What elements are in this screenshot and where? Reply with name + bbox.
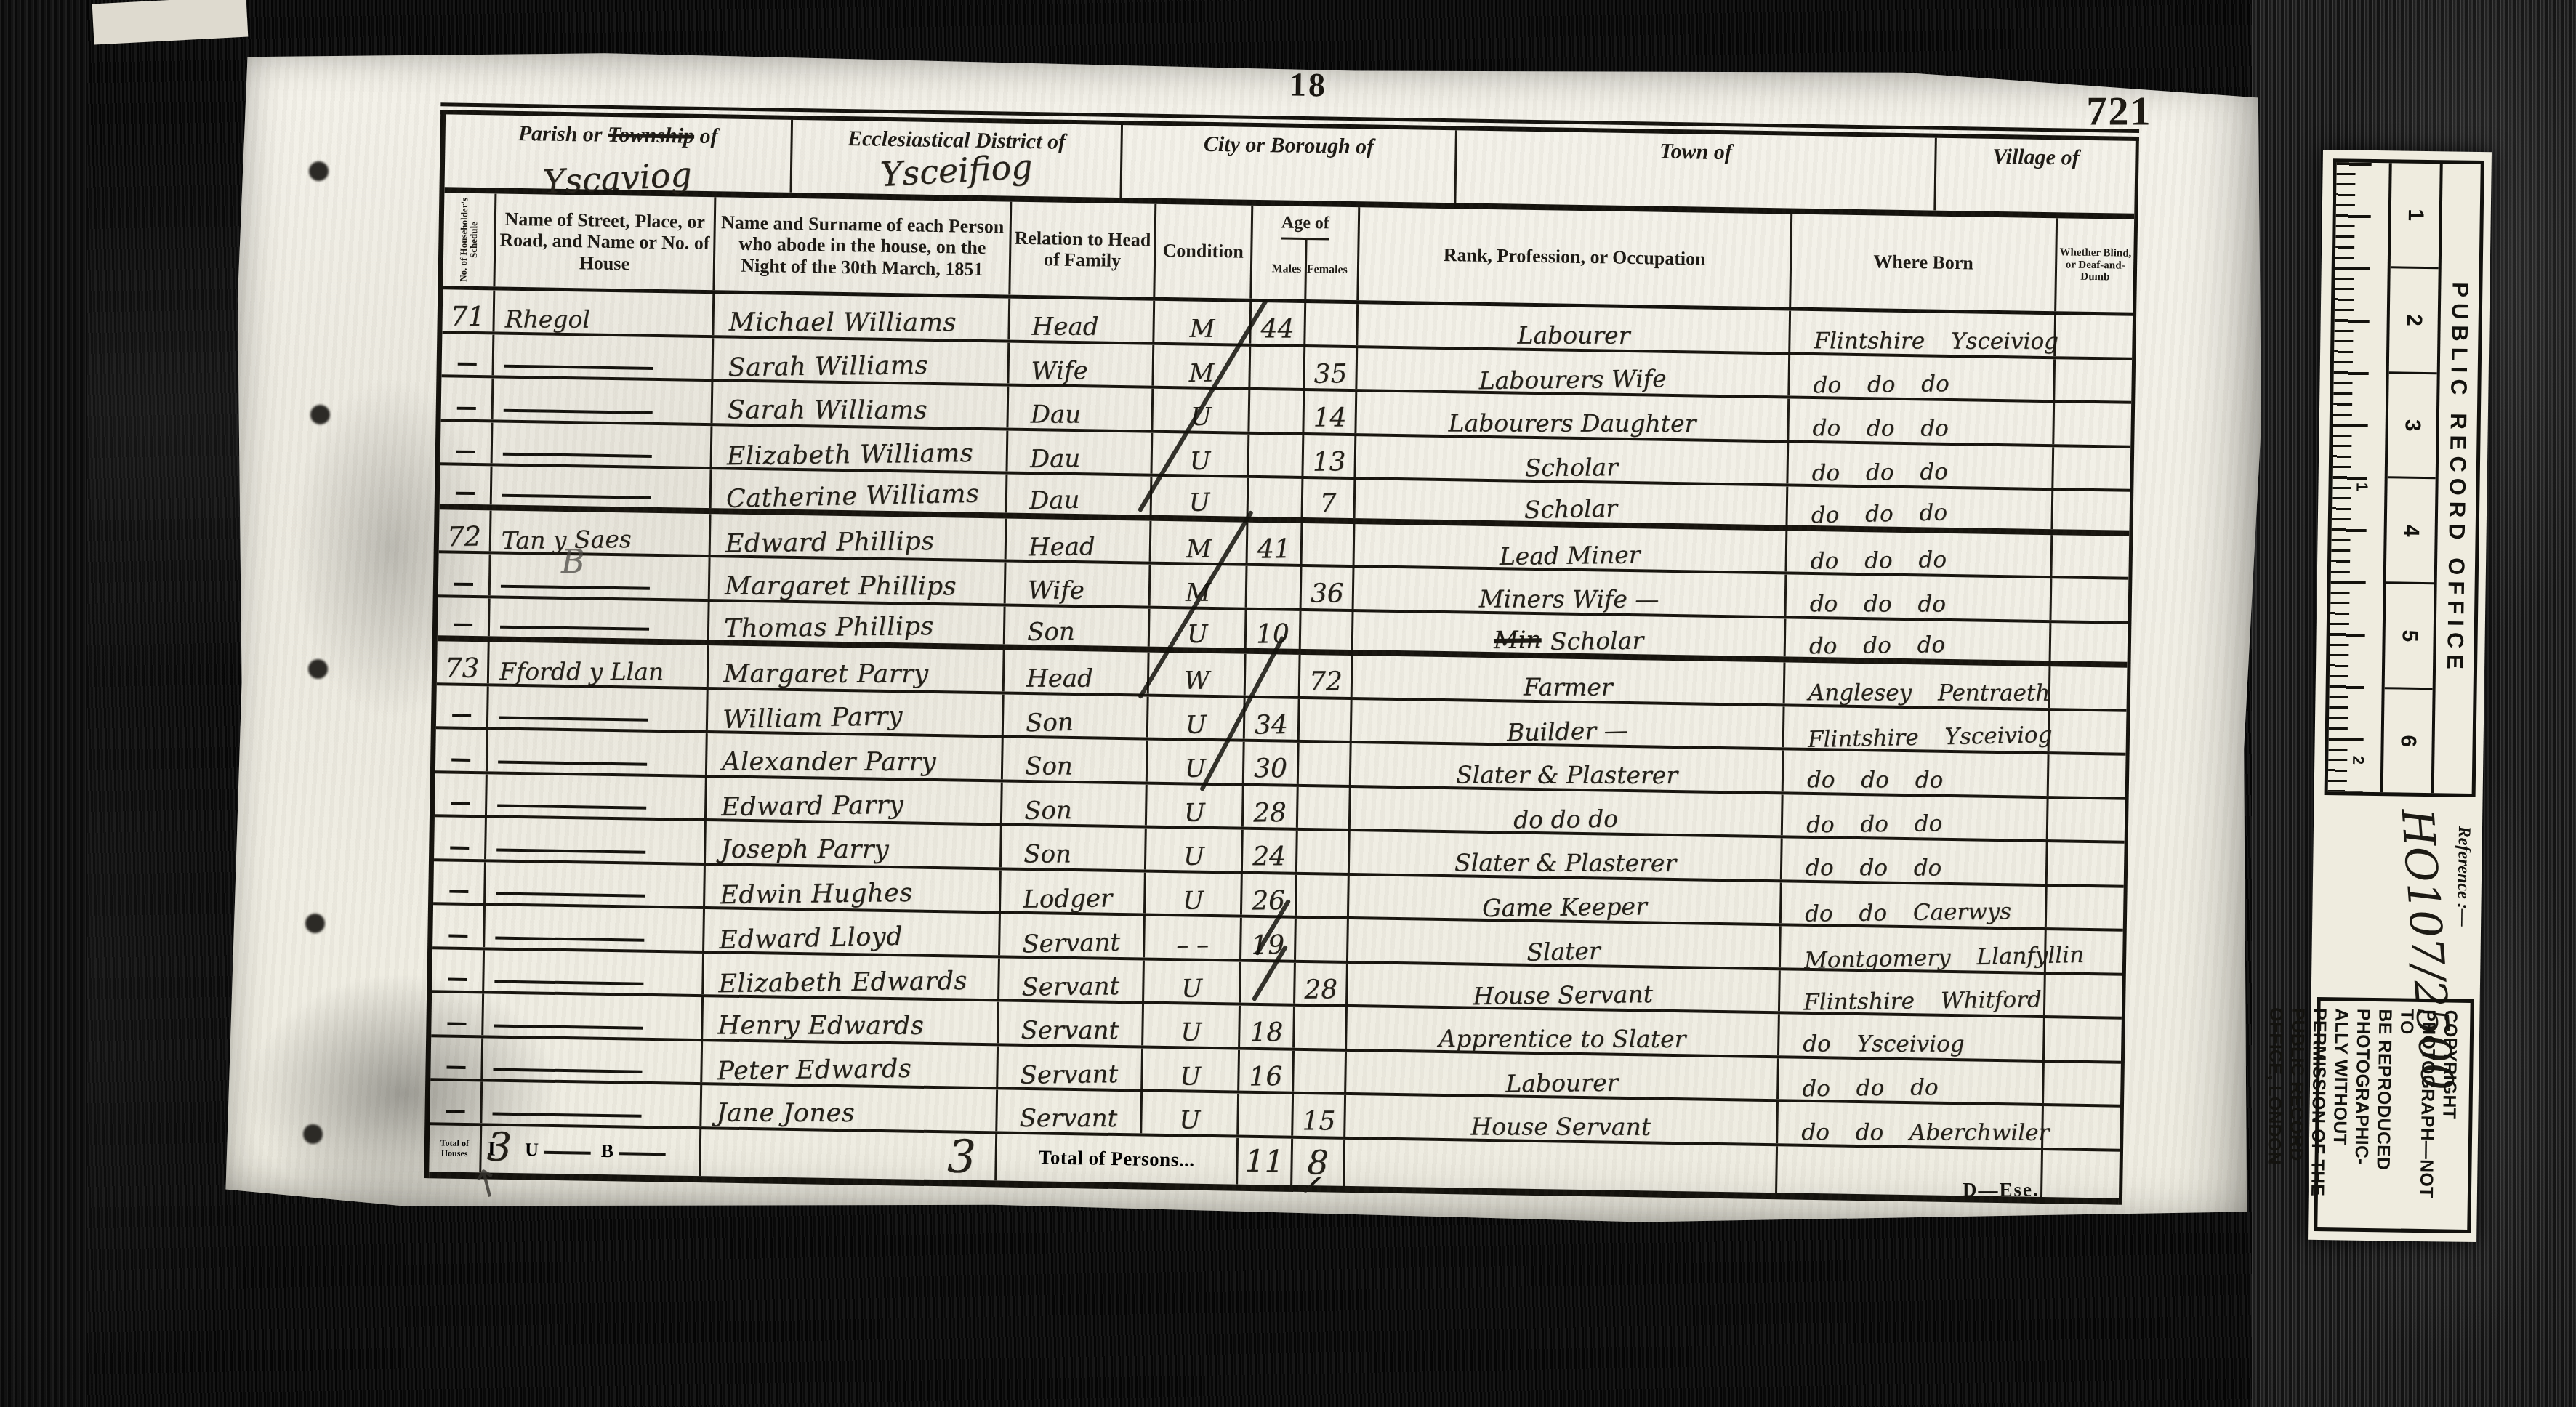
city-borough-cell: City or Borough of [1119, 125, 1455, 203]
where-born-cell: Flintshire Whitford [1778, 970, 2044, 1015]
copyright-line: PUBLIC RECORD OFFICE, LONDON [2262, 1007, 2309, 1220]
person-name-cell: Thomas Phillips [707, 602, 1004, 645]
relation-cell: Son [999, 826, 1145, 869]
occupation-cell: Builder — [1350, 700, 1783, 748]
relation-cell: Dau [1006, 430, 1151, 474]
punch-hole [310, 405, 330, 424]
person-name-cell: Margaret Parry [707, 645, 1003, 691]
condition-cell: U [1140, 1048, 1238, 1091]
town-label: Town of [1457, 136, 1934, 167]
person-name-cell: Edward Lloyd [702, 909, 999, 955]
punch-hole [303, 1124, 323, 1144]
condition-cell: U [1148, 608, 1245, 648]
occupation-cell: Lead Miner [1353, 524, 1786, 572]
occupation-cell: Scholar [1353, 436, 1787, 484]
relation-cell: Son [1001, 738, 1146, 781]
condition-cell: U [1142, 960, 1239, 1003]
parish-value: Yscaviog [542, 158, 693, 199]
pro-ruler: 1 2 [2328, 162, 2389, 792]
building-label: B [601, 1140, 614, 1161]
schedule-cell [438, 553, 489, 595]
census-page: 18 721 Parish or Township of Yscaviog Ec… [222, 43, 2269, 1238]
condition-cell: U [1145, 784, 1242, 827]
age-female-cell [1299, 610, 1352, 650]
houses-totals-cell: I 3 U B [479, 1126, 699, 1176]
occupation-cell: Slater & Plasterer [1348, 831, 1781, 879]
address-cell [483, 906, 703, 950]
schedule-cell [430, 1081, 480, 1123]
punch-hole [309, 161, 329, 181]
relation-cell: Servant [996, 1046, 1141, 1089]
where-born-cell: do do do [1784, 618, 2050, 661]
age-male-cell [1248, 346, 1303, 388]
schedule-cell [441, 377, 492, 419]
person-name-cell: Jane Jones [699, 1085, 996, 1131]
age-female-cell [1292, 1007, 1345, 1049]
check-mark: ✓ [1296, 1166, 1328, 1206]
schedule-cell [436, 685, 487, 727]
person-name-cell: Joseph Parry [704, 821, 1000, 867]
person-name-cell: Elizabeth Edwards [701, 954, 998, 999]
where-born-cell: do do Caerwys [1779, 882, 2045, 927]
census-table: Parish or Township of Yscaviog Ecclesias… [424, 110, 2139, 1204]
schedule-cell [435, 729, 486, 771]
city-borough-label: City or Borough of [1122, 131, 1454, 160]
where-born-cell: do do Aberchwiler [1776, 1102, 2042, 1147]
where-born-cell: do do do [1780, 838, 2046, 883]
punch-hole [305, 914, 325, 933]
page-number: 18 [1289, 68, 1328, 102]
person-name-cell: Sarah Williams [711, 382, 1007, 427]
houses-total-value: 3 [699, 1129, 995, 1180]
relation-cell: Son [1002, 694, 1147, 738]
person-name-cell: Edward Phillips [709, 514, 1005, 560]
copyright-line: COPYRIGHT PHOTOGRAPH—NOT TO [2393, 1009, 2461, 1222]
age-male-cell: 34 [1243, 698, 1298, 740]
age-female-cell: 15 [1291, 1094, 1344, 1137]
blind-cell [2052, 403, 2131, 445]
struck-word: Township [608, 123, 694, 148]
pro-scale-number: 4 [2386, 477, 2436, 583]
col-header-condition: Condition [1153, 204, 1251, 299]
age-female-cell [1294, 919, 1347, 961]
pro-scale-number: 1 [2391, 163, 2440, 267]
condition-cell: M [1152, 301, 1249, 344]
age-female-cell [1297, 743, 1350, 785]
blind-cell [2050, 535, 2129, 577]
age-male-cell: 28 [1241, 786, 1297, 828]
schedule-cell [430, 1037, 481, 1079]
age-female-cell [1295, 874, 1348, 916]
where-born-cell: Anglesey Pentraeth [1783, 662, 2049, 707]
adjacent-page-corner [92, 0, 249, 45]
ecclesiastical-district-cell: Ecclesiastical District of Ysceifiog [790, 120, 1122, 198]
parish-cell: Parish or Township of Yscaviog [445, 114, 792, 192]
age-male-cell: 26 [1240, 874, 1295, 916]
blind-cell [2047, 754, 2126, 797]
address-cell: Tan y Saes [489, 510, 709, 555]
blank-rule [619, 1152, 666, 1156]
blind-cell [2045, 887, 2124, 929]
condition-cell: U [1140, 1092, 1237, 1135]
relation-cell: Head [1007, 299, 1153, 342]
blind-cell [2053, 315, 2133, 357]
relation-cell: Servant [997, 1001, 1142, 1045]
blind-cell [2050, 491, 2130, 530]
address-cell [491, 334, 712, 379]
copyright-line: BE REPRODUCED PHOTOGRAPHIC- [2349, 1009, 2396, 1222]
pro-ruler-box: PUBLIC RECORD OFFICE 123456 1 2 [2325, 158, 2484, 797]
age-female-cell [1303, 303, 1356, 345]
empty-cell [1343, 1139, 1776, 1192]
address-cell [485, 774, 705, 818]
relation-cell: Head [1002, 650, 1148, 693]
col-header-blind: Whether Blind, or Deaf-and-Dumb [2054, 218, 2134, 313]
occupation-cell: Miners Wife — [1352, 568, 1785, 616]
where-born-cell: Flintshire Ysceiviog [1788, 310, 2054, 355]
age-male-cell: 24 [1241, 830, 1296, 872]
age-female-cell: 28 [1293, 962, 1346, 1004]
age-female-cell [1292, 1050, 1345, 1092]
blind-cell [2041, 1106, 2120, 1148]
age-female-cell: 72 [1298, 655, 1351, 697]
microfilm-frame: 18 721 Parish or Township of Yscaviog Ec… [0, 0, 2576, 1407]
condition-cell: U [1150, 477, 1247, 517]
col-header-relation: Relation to Head of Family [1008, 202, 1154, 297]
address-cell: Ffordd y Llan [487, 642, 707, 686]
age-female-cell: 13 [1301, 435, 1354, 477]
where-born-cell: do do do [1787, 355, 2053, 400]
blank-rule [544, 1150, 591, 1154]
schedule-cell: 73 [437, 641, 488, 683]
occupation-cell: MinScholar [1351, 612, 1784, 657]
col-header-occupation: Rank, Profession, or Occupation [1356, 207, 1790, 307]
where-born-cell: do Ysceiviog [1777, 1014, 2043, 1059]
age-female-cell [1296, 786, 1349, 829]
census-rows: 71 Rhegol Michael Williams Head M 44 Lab… [430, 289, 2133, 1151]
pro-scale-numbers: 123456 [2380, 163, 2440, 793]
reference-label: Reference :— [2452, 826, 2474, 927]
town-cell: Town of [1454, 130, 1934, 210]
parish-label: Parish or Township of [445, 120, 790, 149]
copyright-notice: COPYRIGHT PHOTOGRAPH—NOT TOBE REPRODUCED… [2314, 997, 2474, 1233]
age-male-cell [1245, 566, 1300, 608]
address-cell [488, 554, 709, 598]
empty-cell [2040, 1150, 2120, 1198]
age-male-cell: 10 [1244, 610, 1300, 649]
occupation-cell: Labourer [1356, 304, 1789, 352]
person-name-cell: Henry Edwards [701, 997, 997, 1043]
age-male-cell: 18 [1238, 1006, 1293, 1048]
address-cell [486, 686, 707, 730]
blind-cell [2044, 930, 2123, 972]
schedule-cell [438, 597, 488, 637]
females-label: Females [1304, 240, 1348, 300]
blind-cell [2048, 711, 2127, 753]
age-male-cell [1247, 478, 1302, 517]
occupation-cell: House Servant [1343, 1095, 1776, 1143]
schedule-cell [440, 465, 491, 504]
where-born-cell: do do do [1781, 794, 2047, 839]
age-female-cell [1295, 831, 1348, 873]
relation-cell: Servant [998, 914, 1143, 957]
condition-cell: – – [1143, 916, 1240, 959]
occupation-cell: Scholar [1353, 480, 1787, 525]
relation-cell: Servant [995, 1089, 1140, 1133]
person-name-cell: Sarah Williams [711, 338, 1007, 384]
blind-cell [2046, 799, 2125, 841]
where-born-cell: do do do [1785, 486, 2051, 528]
age-male-cell: 44 [1249, 302, 1304, 344]
ecclesiastical-district-value: Ysceifiog [880, 150, 1034, 191]
copyright-line: ALLY WITHOUT PERMISSION OF THE [2306, 1008, 2352, 1221]
schedule-cell [431, 993, 482, 1035]
address-cell: Rhegol [492, 290, 712, 334]
blind-cell [2049, 623, 2128, 662]
blind-cell [2053, 359, 2132, 401]
schedule-cell [432, 949, 483, 991]
inch-mark-2: 2 [2348, 756, 2367, 765]
address-cell [490, 466, 710, 507]
address-cell [480, 1038, 701, 1082]
age-male-cell: 16 [1237, 1049, 1292, 1092]
schedule-cell [435, 773, 486, 815]
blind-cell [2049, 578, 2128, 621]
schedule-cell [440, 422, 491, 464]
col-header-schedule: No. of Householder's Schedule [443, 193, 494, 286]
total-persons-label: Total of Persons... [994, 1134, 1236, 1184]
punch-hole [308, 659, 328, 679]
blind-cell [2043, 975, 2122, 1017]
schedule-cell [442, 334, 493, 376]
blind-cell [2042, 1063, 2121, 1105]
person-name-cell: Margaret Phillips [708, 557, 1005, 603]
address-cell [482, 950, 702, 994]
where-born-cell: do do do [1784, 531, 2050, 576]
blind-cell [2042, 1018, 2122, 1060]
age-of-label: Age of [1281, 206, 1330, 240]
occupation-cell: House Servant [1345, 963, 1779, 1011]
age-male-cell [1236, 1094, 1292, 1136]
occupation-cell: Game Keeper [1347, 875, 1780, 923]
plate-mark: D—Ese. [1963, 1179, 2040, 1201]
address-cell [486, 730, 706, 774]
col-header-born: Where Born [1789, 214, 2056, 311]
occupation-cell: Labourer [1344, 1051, 1777, 1099]
person-name-cell: Michael Williams [712, 294, 1008, 339]
condition-cell: U [1144, 829, 1241, 871]
address-cell [491, 378, 712, 422]
address-cell [484, 818, 704, 862]
person-name-cell: William Parry [706, 690, 1002, 735]
pro-scale-number: 6 [2383, 687, 2433, 793]
address-cell [488, 598, 708, 640]
col-header-address: Name of Street, Place, or Road, and Name… [493, 193, 714, 290]
pro-reference-area: Reference :— HO107/2500 [2311, 802, 2483, 995]
blind-cell [2051, 447, 2130, 489]
occupation-cell: Slater [1346, 919, 1779, 967]
blind-cell [2048, 666, 2128, 709]
person-name-cell: Peter Edwards [700, 1041, 997, 1087]
relation-cell: Lodger [999, 870, 1144, 914]
age-male-cell [1247, 390, 1303, 432]
condition-cell: U [1146, 741, 1243, 783]
age-female-cell [1300, 523, 1353, 565]
pro-scale-number: 2 [2389, 266, 2439, 372]
relation-cell: Dau [1005, 475, 1151, 515]
age-female-cell [1297, 698, 1351, 741]
where-born-cell: do do do [1782, 750, 2048, 795]
age-male-cell [1247, 434, 1302, 476]
occupation-cell: Farmer [1351, 656, 1784, 703]
occupation-cell: Labourers Daughter [1354, 392, 1787, 440]
occupation-cell: do do do [1348, 788, 1782, 836]
relation-cell: Head [1005, 518, 1150, 562]
person-name-cell: Edwin Hughes [703, 866, 999, 911]
relation-cell: Servant [997, 958, 1143, 1001]
age-male-cell: 41 [1246, 522, 1301, 564]
relation-cell: Son [1003, 606, 1148, 647]
condition-cell: U [1141, 1004, 1239, 1047]
age-female-cell: 35 [1303, 347, 1356, 389]
village-cell: Village of [1933, 138, 2136, 214]
uninhabited-label: U [525, 1139, 539, 1161]
pro-scale-number: 3 [2388, 371, 2437, 477]
col-header-age: Age of Males Females [1249, 206, 1358, 300]
blind-cell [2045, 842, 2125, 884]
where-born-cell: do do do [1776, 1058, 2042, 1103]
col-header-person: Name and Surname of each Person who abod… [712, 197, 1010, 294]
person-name-cell: Edward Parry [704, 778, 1001, 823]
relation-cell: Dau [1006, 387, 1151, 430]
address-cell [481, 993, 701, 1038]
pro-scale-number: 5 [2385, 582, 2434, 688]
age-male-cell: 30 [1242, 742, 1297, 784]
condition-cell: U [1143, 872, 1241, 915]
address-cell [491, 422, 711, 467]
schedule-cell [434, 817, 485, 859]
age-female-cell: 7 [1301, 479, 1354, 518]
age-female-cell: 36 [1300, 567, 1353, 609]
pencil-annotation-b: B [561, 544, 584, 581]
schedule-cell [433, 861, 484, 903]
age-female-cell: 14 [1302, 391, 1355, 433]
person-name-cell: Catherine Williams [709, 469, 1006, 512]
where-born-cell: do do do [1786, 443, 2052, 488]
occupation-cell: Slater & Plasterer [1349, 743, 1782, 791]
schedule-cell: 72 [439, 509, 490, 552]
occupation-cell: Apprentice to Slater [1345, 1007, 1778, 1055]
where-born-cell: do do do [1787, 398, 2053, 443]
where-born-cell: Montgomery Llanfyllin [1779, 926, 2045, 971]
relation-cell: Son [1000, 782, 1146, 826]
address-cell [480, 1081, 700, 1126]
schedule-cell: 71 [442, 289, 493, 331]
males-total: 11 [1236, 1137, 1291, 1185]
person-name-cell: Elizabeth Williams [710, 426, 1007, 472]
address-cell [483, 862, 704, 906]
village-label: Village of [1936, 144, 2135, 171]
inch-mark-1: 1 [2352, 483, 2371, 492]
males-label: Males [1268, 239, 1305, 299]
person-name-cell: Alexander Parry [705, 733, 1002, 779]
schedule-cell [432, 905, 483, 947]
relation-cell: Wife [1007, 342, 1152, 386]
where-born-cell: Flintshire Ysceiviog [1782, 706, 2048, 751]
pro-reference-strip: PUBLIC RECORD OFFICE 123456 1 2 Referenc… [2323, 150, 2495, 1244]
folio-number: 721 [2086, 91, 2152, 132]
occupation-cell: Labourers Wife [1355, 348, 1788, 396]
where-born-cell: do do do [1784, 574, 2050, 619]
relation-cell: Wife [1004, 563, 1149, 606]
film-edge-left [0, 0, 87, 1407]
